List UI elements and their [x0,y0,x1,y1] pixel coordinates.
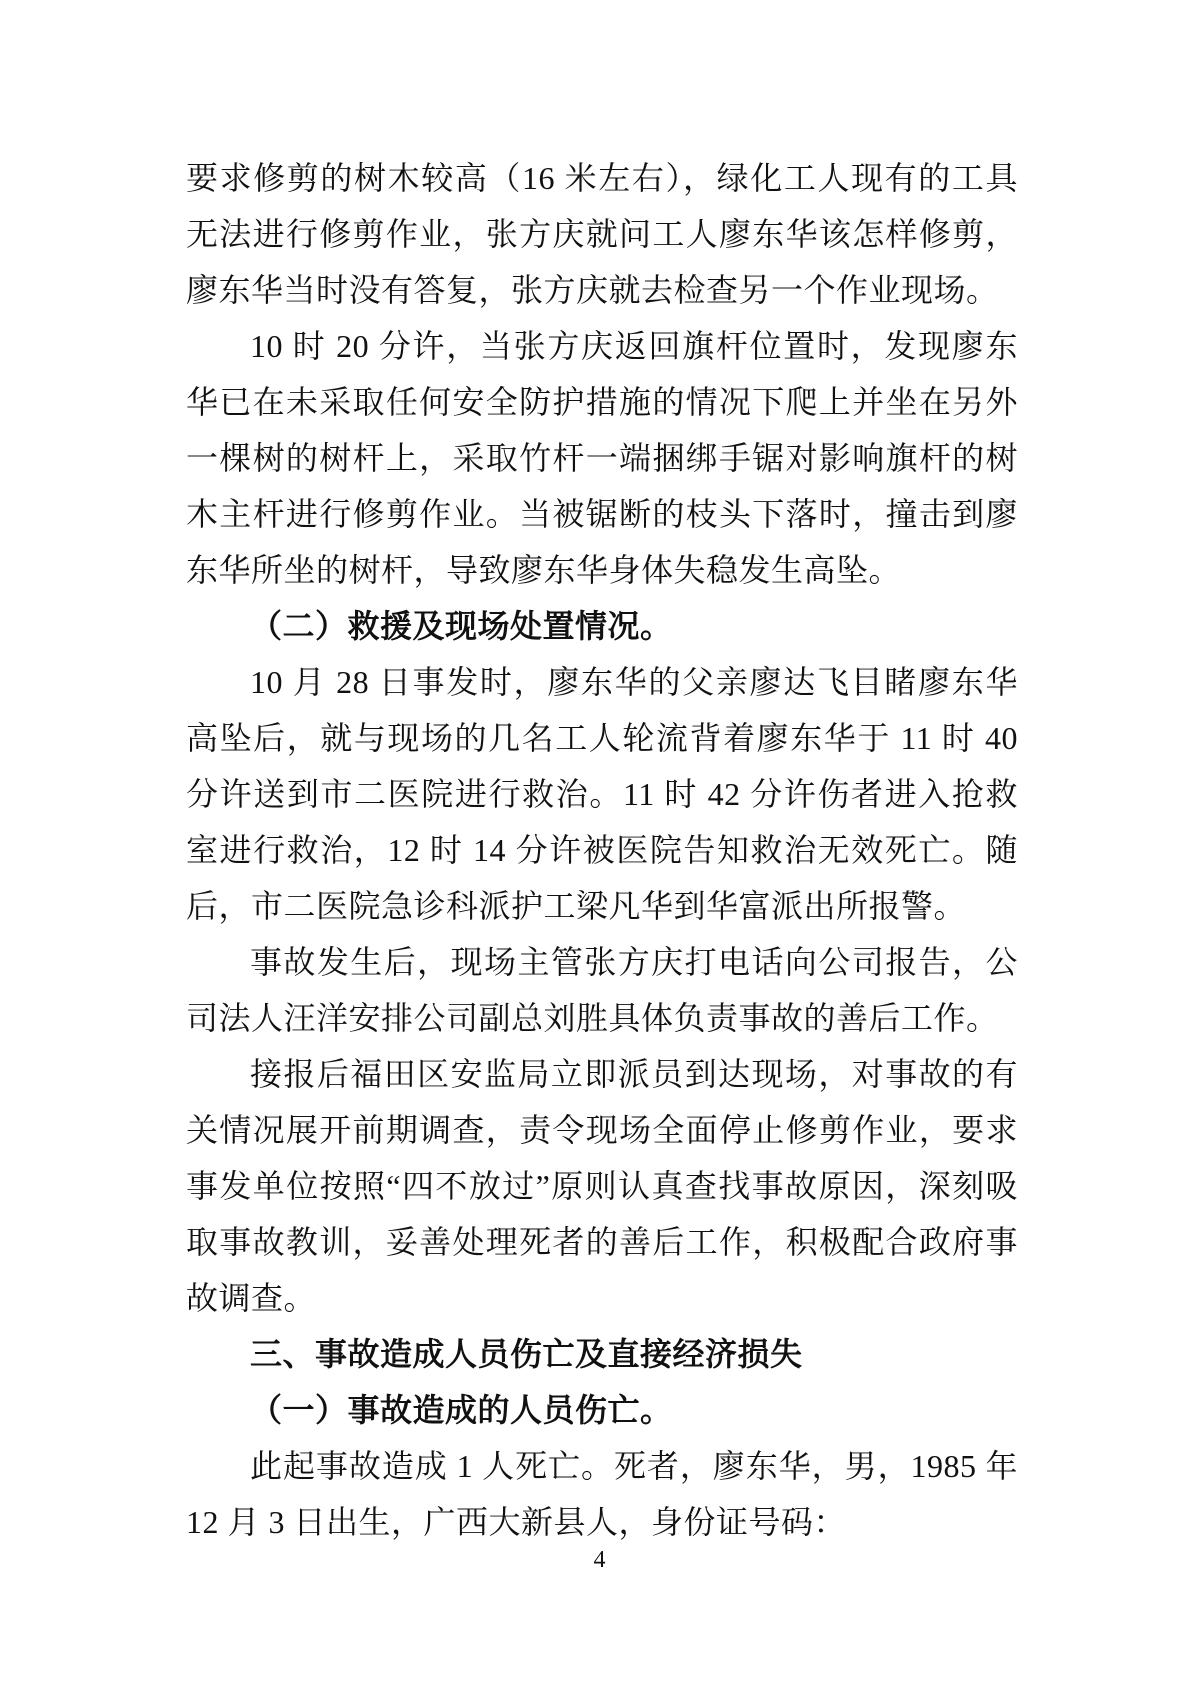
subsection-heading-rescue-and-scene-handling: （二）救援及现场处置情况。 [186,598,1018,654]
subsection-heading-casualties: （一）事故造成的人员伤亡。 [186,1382,1018,1438]
page-number: 4 [0,1544,1199,1576]
document-page: 要求修剪的树木较高（16 米左右），绿化工人现有的工具无法进行修剪作业，张方庆就… [0,0,1199,1696]
paragraph-tree-height-continuation: 要求修剪的树木较高（16 米左右），绿化工人现有的工具无法进行修剪作业，张方庆就… [186,150,1018,318]
paragraph-victim-details: 此起事故造成 1 人死亡。死者，廖东华，男，1985 年 12 月 3 日出生，… [186,1438,1018,1550]
paragraph-accident-occurrence: 10 时 20 分许，当张方庆返回旗杆位置时，发现廖东华已在未采取任何安全防护措… [186,318,1018,598]
paragraph-company-report: 事故发生后，现场主管张方庆打电话向公司报告，公司法人汪洋安排公司副总刘胜具体负责… [186,934,1018,1046]
paragraph-authority-investigation: 接报后福田区安监局立即派员到达现场，对事故的有关情况展开前期调查，责令现场全面停… [186,1046,1018,1326]
section-heading-casualties-and-economic-loss: 三、事故造成人员伤亡及直接经济损失 [186,1326,1018,1382]
document-body: 要求修剪的树木较高（16 米左右），绿化工人现有的工具无法进行修剪作业，张方庆就… [186,150,1018,1550]
paragraph-rescue-timeline: 10 月 28 日事发时，廖东华的父亲廖达飞目睹廖东华高坠后，就与现场的几名工人… [186,654,1018,934]
